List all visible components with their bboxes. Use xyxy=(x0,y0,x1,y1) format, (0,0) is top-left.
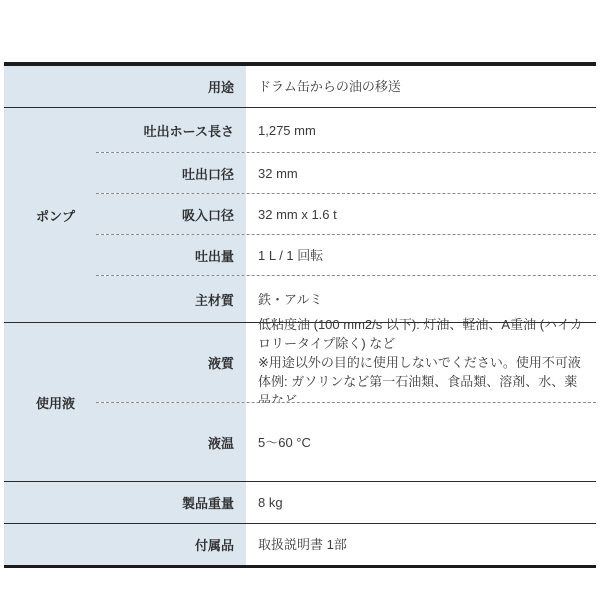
row-label: 主材質 xyxy=(96,276,246,322)
row-label: 吐出量 xyxy=(96,235,246,275)
row-label: 製品重量 xyxy=(96,482,246,523)
row-value: 取扱説明書 1部 xyxy=(246,524,596,565)
row-label: 用途 xyxy=(96,66,246,107)
spec-row-usage: 用途 ドラム缶からの油の移送 xyxy=(96,66,596,107)
spec-row-hose-length: 吐出ホース長さ 1,275 mm xyxy=(96,108,596,152)
row-value: ドラム缶からの油の移送 xyxy=(246,66,596,107)
row-value: 1,275 mm xyxy=(246,108,596,152)
row-label: 液温 xyxy=(96,403,246,481)
row-value: 32 mm x 1.6 t xyxy=(246,194,596,234)
spec-row-product-weight: 製品重量 8 kg xyxy=(96,482,596,523)
group-label-cell xyxy=(4,66,96,107)
row-value: 8 kg xyxy=(246,482,596,523)
spec-row-liquid-quality: 液質 低粘度油 (100 mm2/s 以下): 灯油、軽油、A重油 (ハイカロリ… xyxy=(96,323,596,402)
spec-group-pump: ポンプ 吐出ホース長さ 1,275 mm 吐出口径 32 mm 吸入口径 32 … xyxy=(4,107,596,322)
spec-row-liquid-temperature: 液温 5〜60 °C xyxy=(96,402,596,481)
row-label: 付属品 xyxy=(96,524,246,565)
spec-row-discharge-volume: 吐出量 1 L / 1 回転 xyxy=(96,234,596,275)
group-label-cell xyxy=(4,524,96,565)
row-value: 5〜60 °C xyxy=(246,403,596,481)
row-value: 1 L / 1 回転 xyxy=(246,235,596,275)
spec-row-discharge-diameter: 吐出口径 32 mm xyxy=(96,152,596,193)
group-label-cell: ポンプ xyxy=(4,108,96,322)
row-label: 吸入口径 xyxy=(96,194,246,234)
group-label-cell xyxy=(4,482,96,523)
spec-row-accessories: 付属品 取扱説明書 1部 xyxy=(96,524,596,565)
group-label-cell: 使用液 xyxy=(4,323,96,481)
spec-group-liquid: 使用液 液質 低粘度油 (100 mm2/s 以下): 灯油、軽油、A重油 (ハ… xyxy=(4,322,596,481)
row-label: 液質 xyxy=(96,323,246,402)
spec-row-suction-diameter: 吸入口径 32 mm x 1.6 t xyxy=(96,193,596,234)
spec-group-usage: 用途 ドラム缶からの油の移送 xyxy=(4,66,596,107)
row-label: 吐出ホース長さ xyxy=(96,108,246,152)
row-value: 32 mm xyxy=(246,153,596,193)
row-value: 低粘度油 (100 mm2/s 以下): 灯油、軽油、A重油 (ハイカロリータイ… xyxy=(246,323,596,402)
spec-group-weight: 製品重量 8 kg xyxy=(4,481,596,523)
row-label: 吐出口径 xyxy=(96,153,246,193)
spec-group-accessories: 付属品 取扱説明書 1部 xyxy=(4,523,596,565)
product-spec-table: 用途 ドラム缶からの油の移送 ポンプ 吐出ホース長さ 1,275 mm 吐出口径… xyxy=(4,62,596,568)
